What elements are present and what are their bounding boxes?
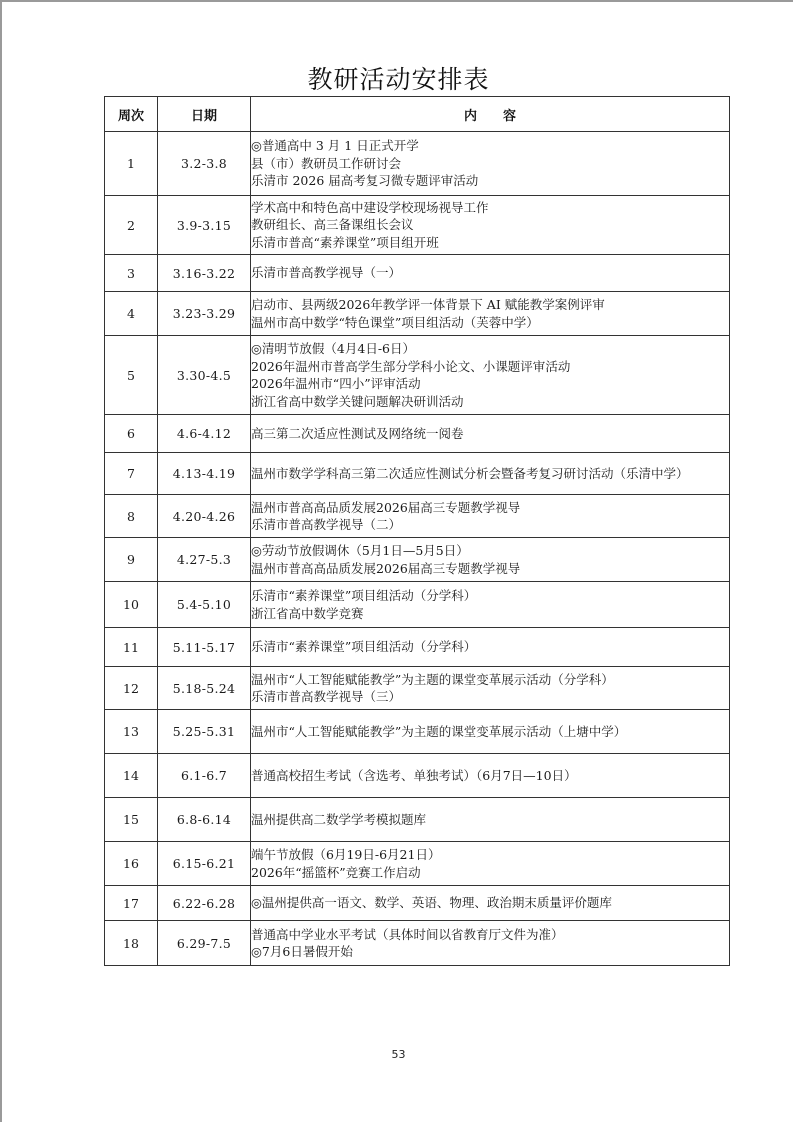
content-cell: 温州市“人工智能赋能教学”为主题的课堂变革展示活动（上塘中学） bbox=[251, 710, 730, 754]
content-line: 温州提供高二数学学考模拟题库 bbox=[251, 811, 729, 829]
date-cell: 3.16-3.22 bbox=[158, 255, 251, 292]
week-cell: 13 bbox=[105, 710, 158, 754]
header-date: 日期 bbox=[158, 97, 251, 132]
content-line: 教研组长、高三备课组长会议 bbox=[251, 216, 729, 234]
table-row: 176.22-6.28◎温州提供高一语文、数学、英语、物理、政治期末质量评价题库 bbox=[105, 886, 730, 921]
week-cell: 11 bbox=[105, 628, 158, 667]
content-cell: 高三第二次适应性测试及网络统一阅卷 bbox=[251, 415, 730, 453]
content-line: 乐清市“素养课堂”项目组活动（分学科） bbox=[251, 587, 729, 605]
header-week: 周次 bbox=[105, 97, 158, 132]
week-cell: 5 bbox=[105, 336, 158, 415]
content-line: 普通高中学业水平考试（具体时间以省教育厅文件为准） bbox=[251, 926, 729, 944]
week-cell: 6 bbox=[105, 415, 158, 453]
week-cell: 18 bbox=[105, 921, 158, 966]
content-cell: 温州市普高高品质发展2026届高三专题教学视导乐清市普高教学视导（二） bbox=[251, 495, 730, 538]
table-row: 105.4-5.10乐清市“素养课堂”项目组活动（分学科）浙江省高中数学竞赛 bbox=[105, 582, 730, 628]
content-line: 温州市普高高品质发展2026届高三专题教学视导 bbox=[251, 499, 729, 517]
date-cell: 4.20-4.26 bbox=[158, 495, 251, 538]
date-cell: 5.18-5.24 bbox=[158, 667, 251, 710]
content-line: 2026年“摇篮杯”竞赛工作启动 bbox=[251, 864, 729, 882]
content-line: 温州市高中数学“特色课堂”项目组活动（芙蓉中学） bbox=[251, 314, 729, 332]
content-cell: 乐清市“素养课堂”项目组活动（分学科）浙江省高中数学竞赛 bbox=[251, 582, 730, 628]
content-line: 高三第二次适应性测试及网络统一阅卷 bbox=[251, 425, 729, 443]
table-row: 146.1-6.7普通高校招生考试（含选考、单独考试）（6月7日—10日） bbox=[105, 754, 730, 798]
table-row: 53.30-4.5◎清明节放假（4月4日-6日）2026年温州市普高学生部分学科… bbox=[105, 336, 730, 415]
week-cell: 1 bbox=[105, 132, 158, 196]
table-row: 115.11-5.17乐清市“素养课堂”项目组活动（分学科） bbox=[105, 628, 730, 667]
week-cell: 3 bbox=[105, 255, 158, 292]
content-line: 浙江省高中数学竞赛 bbox=[251, 605, 729, 623]
table-header-row: 周次 日期 内 容 bbox=[105, 97, 730, 132]
content-line: 乐清市普高教学视导（三） bbox=[251, 688, 729, 706]
content-line: 温州市数学学科高三第二次适应性测试分析会暨备考复习研讨活动（乐清中学） bbox=[251, 465, 729, 483]
page-number: 53 bbox=[2, 1048, 793, 1061]
week-cell: 17 bbox=[105, 886, 158, 921]
document-title: 教研活动安排表 bbox=[2, 60, 793, 96]
content-line: 端午节放假（6月19日-6月21日） bbox=[251, 846, 729, 864]
content-line: 普通高校招生考试（含选考、单独考试）（6月7日—10日） bbox=[251, 767, 729, 785]
content-line: 温州市“人工智能赋能教学”为主题的课堂变革展示活动（上塘中学） bbox=[251, 723, 729, 741]
date-cell: 3.9-3.15 bbox=[158, 196, 251, 255]
content-cell: ◎温州提供高一语文、数学、英语、物理、政治期末质量评价题库 bbox=[251, 886, 730, 921]
date-cell: 6.22-6.28 bbox=[158, 886, 251, 921]
table-row: 13.2-3.8◎普通高中 3 月 1 日正式开学县（市）教研员工作研讨会乐清市… bbox=[105, 132, 730, 196]
schedule-table: 周次 日期 内 容 13.2-3.8◎普通高中 3 月 1 日正式开学县（市）教… bbox=[104, 96, 730, 966]
table-row: 156.8-6.14温州提供高二数学学考模拟题库 bbox=[105, 798, 730, 842]
date-cell: 6.15-6.21 bbox=[158, 842, 251, 886]
content-cell: 温州市“人工智能赋能教学”为主题的课堂变革展示活动（分学科）乐清市普高教学视导（… bbox=[251, 667, 730, 710]
table-row: 23.9-3.15学术高中和特色高中建设学校现场视导工作教研组长、高三备课组长会… bbox=[105, 196, 730, 255]
table-row: 43.23-3.29启动市、县两级2026年教学评一体背景下 AI 赋能教学案例… bbox=[105, 292, 730, 336]
content-line: 浙江省高中数学关键问题解决研训活动 bbox=[251, 393, 729, 411]
week-cell: 14 bbox=[105, 754, 158, 798]
content-line: 乐清市普高教学视导（一） bbox=[251, 264, 729, 282]
week-cell: 4 bbox=[105, 292, 158, 336]
table-row: 94.27-5.3◎劳动节放假调休（5月1日—5月5日）温州市普高高品质发展20… bbox=[105, 538, 730, 582]
date-cell: 4.13-4.19 bbox=[158, 453, 251, 495]
table-row: 84.20-4.26温州市普高高品质发展2026届高三专题教学视导乐清市普高教学… bbox=[105, 495, 730, 538]
content-cell: 乐清市“素养课堂”项目组活动（分学科） bbox=[251, 628, 730, 667]
date-cell: 3.30-4.5 bbox=[158, 336, 251, 415]
content-line: 乐清市普高“素养课堂”项目组开班 bbox=[251, 234, 729, 252]
content-line: 2026年温州市“四小”评审活动 bbox=[251, 375, 729, 393]
content-cell: 普通高校招生考试（含选考、单独考试）（6月7日—10日） bbox=[251, 754, 730, 798]
date-cell: 5.11-5.17 bbox=[158, 628, 251, 667]
content-cell: ◎普通高中 3 月 1 日正式开学县（市）教研员工作研讨会乐清市 2026 届高… bbox=[251, 132, 730, 196]
week-cell: 16 bbox=[105, 842, 158, 886]
content-line: 乐清市“素养课堂”项目组活动（分学科） bbox=[251, 638, 729, 656]
content-line: 温州市普高高品质发展2026届高三专题教学视导 bbox=[251, 560, 729, 578]
table-row: 186.29-7.5普通高中学业水平考试（具体时间以省教育厅文件为准）◎7月6日… bbox=[105, 921, 730, 966]
date-cell: 4.6-4.12 bbox=[158, 415, 251, 453]
table-row: 33.16-3.22乐清市普高教学视导（一） bbox=[105, 255, 730, 292]
date-cell: 6.8-6.14 bbox=[158, 798, 251, 842]
date-cell: 6.29-7.5 bbox=[158, 921, 251, 966]
schedule-rows: 13.2-3.8◎普通高中 3 月 1 日正式开学县（市）教研员工作研讨会乐清市… bbox=[105, 132, 730, 966]
date-cell: 6.1-6.7 bbox=[158, 754, 251, 798]
content-line: 2026年温州市普高学生部分学科小论文、小课题评审活动 bbox=[251, 358, 729, 376]
week-cell: 7 bbox=[105, 453, 158, 495]
content-line: ◎劳动节放假调休（5月1日—5月5日） bbox=[251, 542, 729, 560]
table-row: 135.25-5.31温州市“人工智能赋能教学”为主题的课堂变革展示活动（上塘中… bbox=[105, 710, 730, 754]
week-cell: 8 bbox=[105, 495, 158, 538]
table-row: 74.13-4.19温州市数学学科高三第二次适应性测试分析会暨备考复习研讨活动（… bbox=[105, 453, 730, 495]
week-cell: 2 bbox=[105, 196, 158, 255]
header-content: 内 容 bbox=[251, 97, 730, 132]
content-cell: 乐清市普高教学视导（一） bbox=[251, 255, 730, 292]
content-line: 县（市）教研员工作研讨会 bbox=[251, 155, 729, 173]
content-line: 启动市、县两级2026年教学评一体背景下 AI 赋能教学案例评审 bbox=[251, 296, 729, 314]
content-line: 温州市“人工智能赋能教学”为主题的课堂变革展示活动（分学科） bbox=[251, 671, 729, 689]
date-cell: 3.2-3.8 bbox=[158, 132, 251, 196]
content-cell: 温州市数学学科高三第二次适应性测试分析会暨备考复习研讨活动（乐清中学） bbox=[251, 453, 730, 495]
content-line: ◎清明节放假（4月4日-6日） bbox=[251, 340, 729, 358]
date-cell: 5.25-5.31 bbox=[158, 710, 251, 754]
content-line: ◎7月6日暑假开始 bbox=[251, 943, 729, 961]
week-cell: 10 bbox=[105, 582, 158, 628]
content-cell: 温州提供高二数学学考模拟题库 bbox=[251, 798, 730, 842]
table-row: 64.6-4.12高三第二次适应性测试及网络统一阅卷 bbox=[105, 415, 730, 453]
content-cell: 学术高中和特色高中建设学校现场视导工作教研组长、高三备课组长会议乐清市普高“素养… bbox=[251, 196, 730, 255]
content-line: 学术高中和特色高中建设学校现场视导工作 bbox=[251, 199, 729, 217]
week-cell: 9 bbox=[105, 538, 158, 582]
content-cell: ◎清明节放假（4月4日-6日）2026年温州市普高学生部分学科小论文、小课题评审… bbox=[251, 336, 730, 415]
content-cell: 启动市、县两级2026年教学评一体背景下 AI 赋能教学案例评审温州市高中数学“… bbox=[251, 292, 730, 336]
content-cell: 普通高中学业水平考试（具体时间以省教育厅文件为准）◎7月6日暑假开始 bbox=[251, 921, 730, 966]
date-cell: 3.23-3.29 bbox=[158, 292, 251, 336]
content-cell: 端午节放假（6月19日-6月21日）2026年“摇篮杯”竞赛工作启动 bbox=[251, 842, 730, 886]
content-cell: ◎劳动节放假调休（5月1日—5月5日）温州市普高高品质发展2026届高三专题教学… bbox=[251, 538, 730, 582]
week-cell: 15 bbox=[105, 798, 158, 842]
week-cell: 12 bbox=[105, 667, 158, 710]
date-cell: 5.4-5.10 bbox=[158, 582, 251, 628]
date-cell: 4.27-5.3 bbox=[158, 538, 251, 582]
content-line: ◎普通高中 3 月 1 日正式开学 bbox=[251, 137, 729, 155]
table-row: 125.18-5.24温州市“人工智能赋能教学”为主题的课堂变革展示活动（分学科… bbox=[105, 667, 730, 710]
content-line: ◎温州提供高一语文、数学、英语、物理、政治期末质量评价题库 bbox=[251, 894, 729, 912]
content-line: 乐清市 2026 届高考复习微专题评审活动 bbox=[251, 172, 729, 190]
content-line: 乐清市普高教学视导（二） bbox=[251, 516, 729, 534]
table-row: 166.15-6.21端午节放假（6月19日-6月21日）2026年“摇篮杯”竞… bbox=[105, 842, 730, 886]
